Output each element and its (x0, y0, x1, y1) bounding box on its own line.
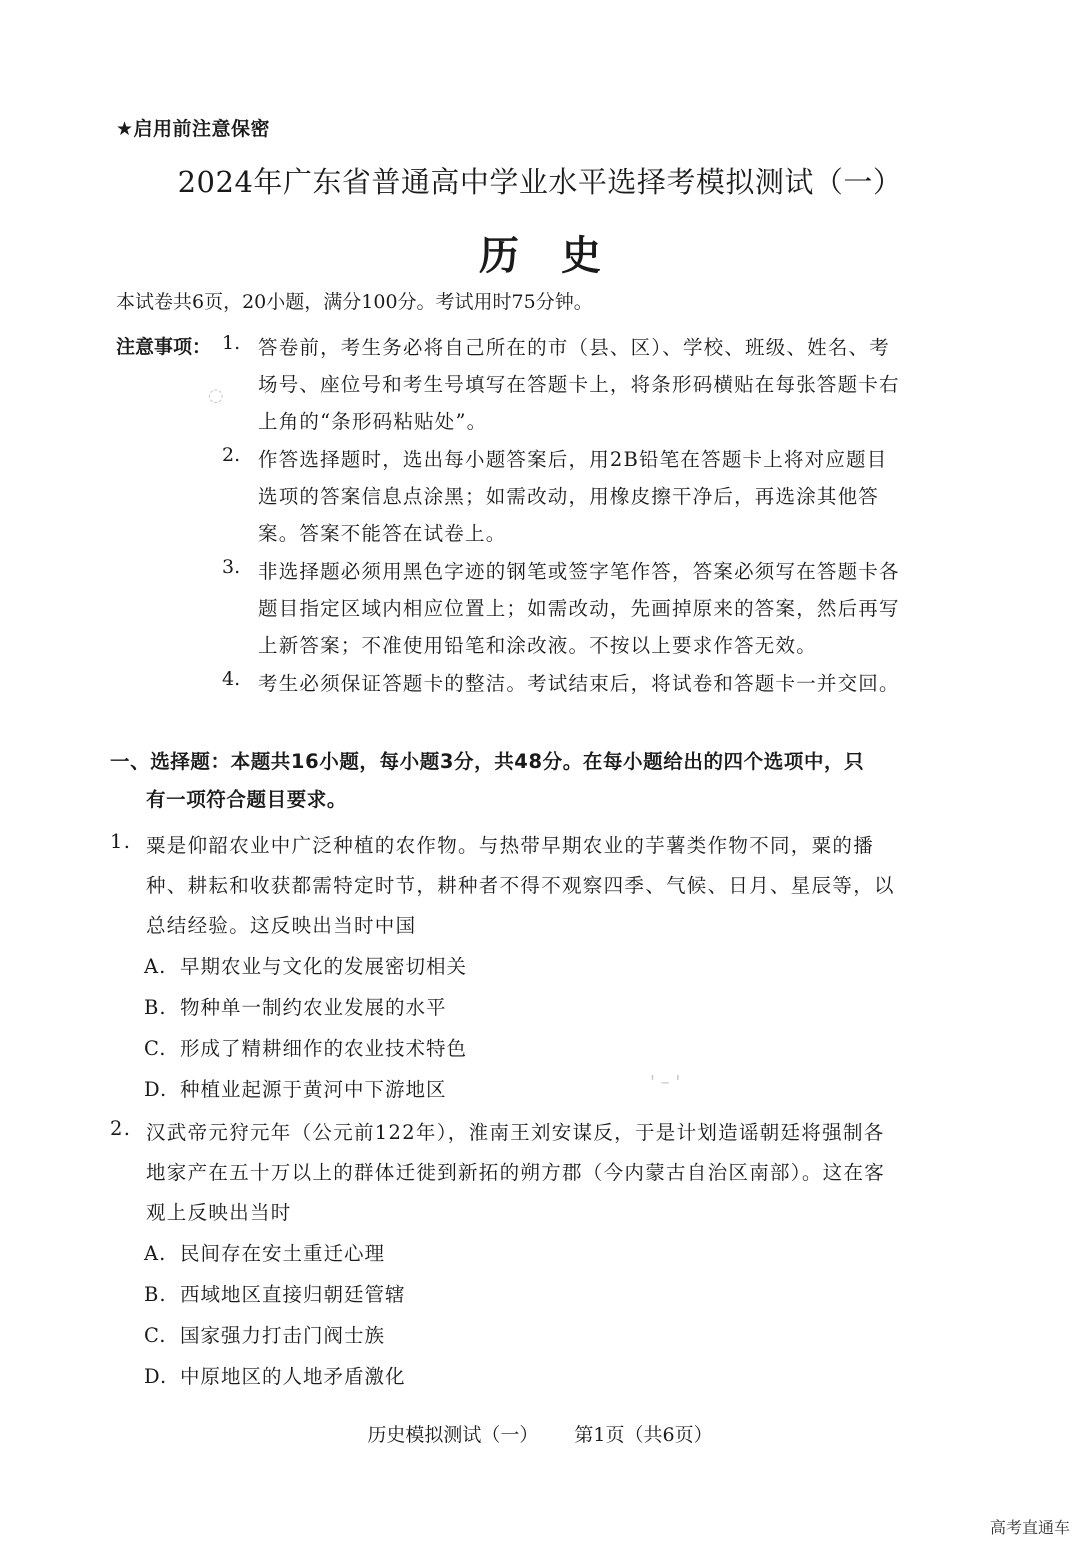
option-text: 早期农业与文化的发展密切相关 (180, 955, 467, 978)
question-number: 1. (110, 830, 131, 853)
page-footer: 历史模拟测试（一）第1页（共6页） (0, 1420, 1080, 1447)
confidential-notice: ★启用前注意保密 (116, 114, 270, 141)
note-number: 2. (222, 444, 240, 466)
note-line: 上新答案；不准使用铅笔和涂改液。不按以上要求作答无效。 (258, 630, 817, 658)
note-line: 考生必须保证答题卡的整洁。考试结束后，将试卷和答题卡一并交回。 (258, 668, 900, 696)
section-heading-cont: 有一项符合题目要求。 (146, 784, 347, 812)
option-text: 形成了精耕细作的农业技术特色 (180, 1037, 467, 1060)
question-stem-line: 观上反映出当时 (146, 1197, 292, 1225)
option-letter: A. (144, 955, 180, 978)
option-a[interactable]: A.早期农业与文化的发展密切相关 (144, 951, 467, 979)
option-letter: A. (144, 1242, 180, 1265)
option-text: 国家强力打击门阀士族 (180, 1324, 385, 1347)
option-d[interactable]: D.种植业起源于黄河中下游地区 (144, 1074, 447, 1102)
note-line: 上角的“条形码粘贴处”。 (258, 406, 487, 434)
option-letter: C. (144, 1324, 180, 1347)
scan-smudge-mark: ' – ' (650, 1072, 680, 1093)
scan-smudge-mark: ◌ (208, 385, 224, 406)
question-number: 2. (110, 1117, 131, 1140)
option-letter: B. (144, 996, 180, 1019)
note-number: 3. (222, 556, 240, 578)
option-letter: D. (144, 1365, 180, 1388)
question-stem-line: 地家产在五十万以上的群体迁徙到新拓的朔方郡（今内蒙古自治区南部）。这在客 (146, 1157, 885, 1185)
footer-test-name: 历史模拟测试（一） (367, 1424, 538, 1446)
option-text: 西域地区直接归朝廷管辖 (180, 1283, 406, 1306)
option-c[interactable]: C.国家强力打击门阀士族 (144, 1320, 385, 1348)
option-c[interactable]: C.形成了精耕细作的农业技术特色 (144, 1033, 467, 1061)
option-letter: B. (144, 1283, 180, 1306)
section-heading: 一、选择题：本题共16小题，每小题3分，共48分。在每小题给出的四个选项中，只 (110, 746, 864, 774)
option-a[interactable]: A.民间存在安土重迁心理 (144, 1238, 385, 1266)
note-line: 作答选择题时，选出每小题答案后，用2B铅笔在答题卡上将对应题目 (258, 444, 887, 472)
question-stem-line: 总结经验。这反映出当时中国 (146, 910, 416, 938)
note-line: 非选择题必须用黑色字迹的钢笔或签字笔作答，答案必须写在答题卡各 (258, 556, 900, 584)
exam-intro: 本试卷共6页，20小题，满分100分。考试用时75分钟。 (116, 287, 593, 314)
exam-title: 2024年广东省普通高中学业水平选择考模拟测试（一） (0, 160, 1080, 201)
option-text: 物种单一制约农业发展的水平 (180, 996, 447, 1019)
watermark: 高考直通车 (990, 1515, 1070, 1538)
option-text: 中原地区的人地矛盾激化 (180, 1365, 406, 1388)
question-stem-line: 汉武帝元狩元年（公元前122年），淮南王刘安谋反，于是计划造谣朝廷将强制各 (146, 1117, 885, 1145)
option-b[interactable]: B.物种单一制约农业发展的水平 (144, 992, 447, 1020)
option-d[interactable]: D.中原地区的人地矛盾激化 (144, 1361, 406, 1389)
note-line: 选项的答案信息点涂黑；如需改动，用橡皮擦干净后，再选涂其他答 (258, 481, 879, 509)
question-stem-line: 粟是仰韶农业中广泛种植的农作物。与热带早期农业的芋薯类作物不同，粟的播 (146, 830, 874, 858)
option-text: 种植业起源于黄河中下游地区 (180, 1078, 447, 1101)
option-letter: D. (144, 1078, 180, 1101)
note-line: 案。答案不能答在试卷上。 (258, 518, 506, 546)
option-b[interactable]: B.西域地区直接归朝廷管辖 (144, 1279, 406, 1307)
footer-page-info: 第1页（共6页） (574, 1424, 712, 1446)
notes-label: 注意事项： (116, 332, 211, 359)
note-number: 1. (222, 332, 240, 354)
subject-title: 历史 (0, 224, 1080, 281)
note-line: 场号、座位号和考生号填写在答题卡上，将条形码横贴在每张答题卡右 (258, 369, 900, 397)
note-number: 4. (222, 668, 240, 690)
question-stem-line: 种、耕耘和收获都需特定时节，耕种者不得不观察四季、气候、日月、星辰等，以 (146, 870, 895, 898)
option-letter: C. (144, 1037, 180, 1060)
option-text: 民间存在安土重迁心理 (180, 1242, 385, 1265)
note-line: 答卷前，考生务必将自己所在的市（县、区）、学校、班级、姓名、考 (258, 332, 890, 360)
note-line: 题目指定区域内相应位置上；如需改动，先画掉原来的答案，然后再写 (258, 593, 900, 621)
